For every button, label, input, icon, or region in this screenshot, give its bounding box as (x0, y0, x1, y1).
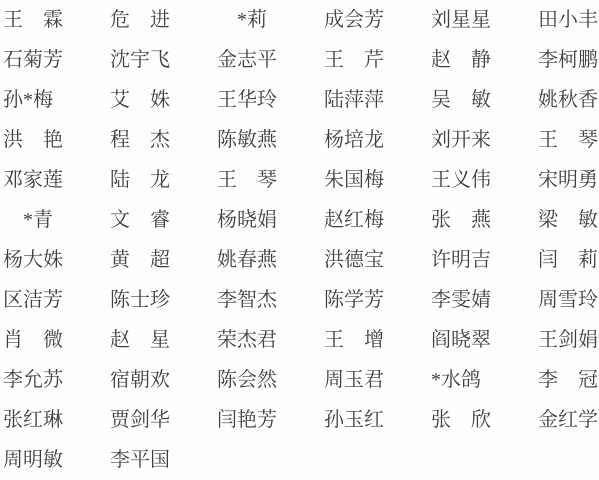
name-cell: 李 冠 (538, 360, 599, 400)
name-cell: 赵 静 (431, 40, 495, 80)
name-cell: *青 (3, 200, 67, 240)
name-cell: 孙*梅 (3, 80, 67, 120)
name-cell: *莉 (217, 0, 281, 40)
name-cell: 孙玉红 (324, 400, 388, 440)
name-cell: 吴 敏 (431, 80, 495, 120)
name-cell: 张 燕 (431, 200, 495, 240)
name-cell: 贾剑华 (110, 400, 174, 440)
name-cell: 石菊芳 (3, 40, 67, 80)
name-cell: *水鸽 (431, 360, 495, 400)
name-cell: 陆萍萍 (324, 80, 388, 120)
name-cell: 宋明勇 (538, 160, 599, 200)
name-cell: 周玉君 (324, 360, 388, 400)
name-cell: 刘星星 (431, 0, 495, 40)
name-cell: 危 进 (110, 0, 174, 40)
name-cell: 洪 艳 (3, 120, 67, 160)
name-cell: 刘开来 (431, 120, 495, 160)
name-cell: 周雪玲 (538, 280, 599, 320)
name-cell: 陈士珍 (110, 280, 174, 320)
name-cell: 朱国梅 (324, 160, 388, 200)
name-cell: 赵 星 (110, 320, 174, 360)
name-cell: 成会芳 (324, 0, 388, 40)
name-cell: 陈学芳 (324, 280, 388, 320)
name-cell: 金志平 (217, 40, 281, 80)
name-cell: 文 睿 (110, 200, 174, 240)
name-cell: 王 琴 (538, 120, 599, 160)
name-cell: 金红学 (538, 400, 599, 440)
name-cell: 王 琴 (217, 160, 281, 200)
name-cell: 王 芹 (324, 40, 388, 80)
name-cell: 李智杰 (217, 280, 281, 320)
name-cell: 李平国 (110, 440, 174, 480)
name-cell: 艾 姝 (110, 80, 174, 120)
name-cell: 张红琳 (3, 400, 67, 440)
name-cell: 陈会然 (217, 360, 281, 400)
name-cell: 陈敏燕 (217, 120, 281, 160)
name-cell: 闫 莉 (538, 240, 599, 280)
name-cell: 许明吉 (431, 240, 495, 280)
name-cell: 沈宇飞 (110, 40, 174, 80)
name-cell: 陆 龙 (110, 160, 174, 200)
document-page: 王 霖 危 进 *莉 成会芳 刘星星 田小丰 石菊芳 沈宇飞 金志平 王 芹 赵… (0, 0, 599, 480)
name-cell: 周明敏 (3, 440, 67, 480)
name-cell: 王剑娟 (538, 320, 599, 360)
name-cell (217, 440, 281, 480)
name-cell (431, 440, 495, 480)
name-cell: 李柯鹏 (538, 40, 599, 80)
name-cell: 赵红梅 (324, 200, 388, 240)
name-cell: 闫艳芳 (217, 400, 281, 440)
name-cell: 邓家莲 (3, 160, 67, 200)
name-cell: 阎晓翠 (431, 320, 495, 360)
name-cell: 李雯婧 (431, 280, 495, 320)
name-cell: 王 霖 (3, 0, 67, 40)
name-cell: 荣杰君 (217, 320, 281, 360)
name-cell (324, 440, 388, 480)
name-cell: 程 杰 (110, 120, 174, 160)
name-cell: 姚春燕 (217, 240, 281, 280)
name-cell: 洪德宝 (324, 240, 388, 280)
name-cell: 杨大姝 (3, 240, 67, 280)
name-cell: 田小丰 (538, 0, 599, 40)
name-cell (538, 440, 599, 480)
name-cell: 梁 敏 (538, 200, 599, 240)
name-cell: 王华玲 (217, 80, 281, 120)
name-cell: 王义伟 (431, 160, 495, 200)
name-cell: 杨晓娟 (217, 200, 281, 240)
name-cell: 姚秋香 (538, 80, 599, 120)
name-cell: 黄 超 (110, 240, 174, 280)
name-cell: 张 欣 (431, 400, 495, 440)
name-cell: 杨培龙 (324, 120, 388, 160)
name-cell: 王 增 (324, 320, 388, 360)
name-cell: 区洁芳 (3, 280, 67, 320)
name-cell: 肖 微 (3, 320, 67, 360)
name-cell: 宿朝欢 (110, 360, 174, 400)
name-list: 王 霖 危 进 *莉 成会芳 刘星星 田小丰 石菊芳 沈宇飞 金志平 王 芹 赵… (0, 0, 599, 480)
name-cell: 李允苏 (3, 360, 67, 400)
